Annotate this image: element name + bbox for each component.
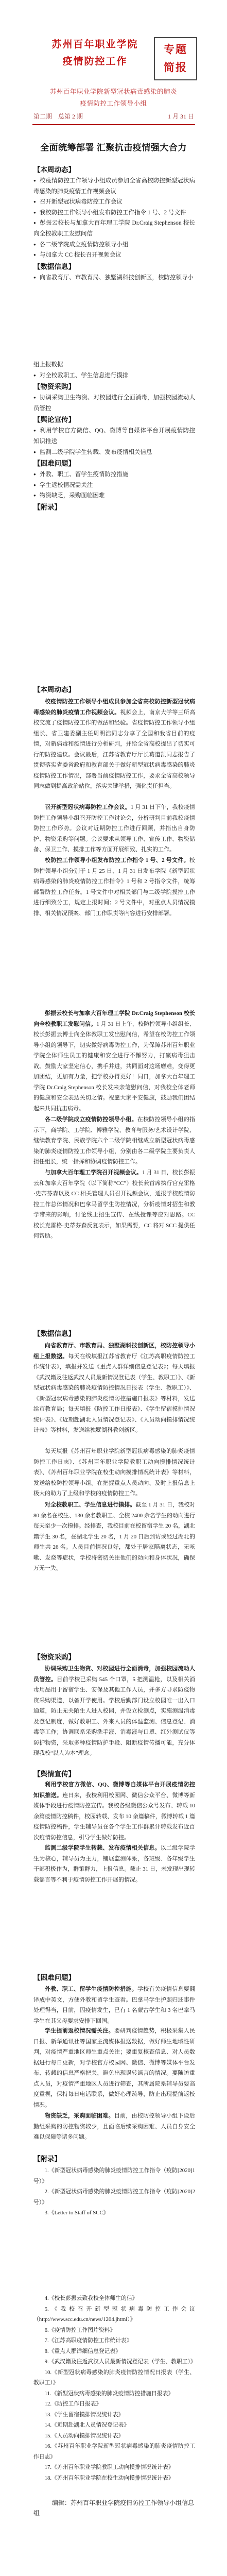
bullet-icon: ● (33, 469, 36, 480)
bullet-icon: ● (33, 250, 36, 261)
summary-bullet: ●外教、职工、留学生疫情防控措施 (33, 469, 195, 480)
bullet-icon: ● (33, 240, 36, 250)
appendix-item: 14.《近期赴湖北人员情况登记表》 (33, 2420, 195, 2431)
section-header-dynamics: 【本周动态】 (33, 164, 195, 175)
paragraph-secondary-colleges: 各二级学院成立疫情防控领导小组。在校防控领导小组的指示下，商学院、工学院、博雅学… (33, 1114, 195, 1167)
appendix-item: 10.《新型冠状病毒感染的肺炎疫情防控情况日报表（学生、教职工）》 (33, 2367, 195, 2388)
summary-bullet: ●协调采购卫生物资、对校园进行全面消毒，加强校园流动人员管控 (33, 393, 195, 414)
appendix-item: 12.《防控工作日报表》 (33, 2399, 195, 2410)
paragraph-directives: 校防控工作领导小组发布防控工作指令 1 号、2 号文件。校防控领导小组分别于 1… (33, 855, 195, 919)
summary-bullet: ●与加拿大 CC 校长召开视频会议 (33, 250, 195, 261)
summary-bullet: ●校疫情防控工作领导小组成员参加全省高校防控新型冠状病毒感染的肺炎疫情工作视频会… (33, 176, 195, 197)
summary-bullet: ●召开新型冠状病毒防控工作会议 (33, 197, 195, 208)
detail-header-data: 【数据信息】 (33, 1328, 75, 1339)
appendix-item: 1.《新型冠状病毒感染的肺炎疫情防控工作指令（疫防[2020]1 号）》 (33, 2165, 195, 2187)
bullet-icon: ● (33, 273, 36, 283)
issue-date: 1 月 31 日 (168, 112, 194, 121)
appendix-item: 7.《江苏高职疫情防控工作统计表》 (33, 2335, 195, 2346)
appendix-item: 5.《我校召开新型冠状病毒防控工作会议（http://www.scc.edu.c… (33, 2304, 195, 2325)
appendix-item: 13.《学生留宿摸排情况统计表》 (33, 2410, 195, 2420)
masthead-subtitle: 苏州百年职业学院新型冠状病毒感染的肺炎 疫情防控工作领导小组 (0, 86, 227, 110)
appendix-item: 6.《疫情防控工作图片资料》 (33, 2325, 195, 2336)
paragraph-daily-forms: 每天填报《苏州百年职业学院新型冠状病毒感染的肺炎疫情防控工作日志》、《苏州百年职… (33, 1446, 195, 1499)
appendix-item: 16.《苏州百年职业学院新型冠状病毒感染的肺炎疫情防控工作日志》 (33, 2441, 195, 2462)
paragraph-foreign-staff: 外教、职工、留学生疫情防控措施。学校有关疫情信息要翻译成中英文，方便外教和留学生… (33, 1984, 195, 2026)
detail-header-supplies: 【物资采购】 (33, 1652, 75, 1663)
appendix-item: 17.《苏州百年职业学院教职工动向摸排情况统计表》 (33, 2462, 195, 2473)
appendix-item: 9.《武汉籍及往返武汉人员最新情况登记表（学生、教职工）》 (33, 2357, 195, 2367)
detail-header-problems: 【困难问题】 (33, 1972, 75, 1983)
masthead-title-line2: 疫情防控工作 (36, 53, 154, 70)
editor-credit: 编辑：苏州百年职业学院疫情防控工作领导小组信息组 (33, 2498, 195, 2518)
masthead: 苏州百年职业学院 疫情防控工作 专题 简报 苏州百年职业学院新型冠状病毒感染的肺… (0, 36, 227, 125)
summary-bullet: ●监测二级学院学生转载、发布疫情相关信息 (33, 447, 195, 458)
bullet-icon: ● (33, 218, 36, 229)
summary-bullet: ●对全校教职工、学生信息进行摸排 (33, 370, 195, 381)
bullet-icon: ● (33, 480, 36, 491)
section-header-supplies: 【物资采购】 (33, 381, 195, 392)
bullet-icon: ● (33, 393, 36, 403)
section-header-publicity: 【舆论宣传】 (33, 414, 195, 425)
bullet-icon: ● (33, 426, 36, 436)
paragraph-early-return: 学生提前返校情况需关注。要研判疫情趋势，积极采集人民日报、新华通讯社等国家主流媒… (33, 2026, 195, 2110)
bullet-icon: ● (33, 208, 36, 218)
paragraph-control-meeting: 召开新型冠状病毒防控工作会议。1 月 31 日下午，我校疫情防控工作领导小组召开… (33, 802, 195, 855)
appendix-item: 15.《人员动向摸排情况统计表》 (33, 2431, 195, 2442)
masthead-title: 苏州百年职业学院 疫情防控工作 (36, 36, 154, 70)
paragraph-monitoring: 监测二级学院学生转载、发布疫情相关信息。以二级学院学生为核心，辅导员为主力，铺展… (33, 1843, 195, 1885)
section-header-problems: 【困难问题】 (33, 458, 195, 469)
detail-header-appendix: 【附录】 (33, 2154, 61, 2164)
appendix-list-part1: 1.《新型冠状病毒感染的肺炎疫情防控工作指令（疫防[2020]1 号）》 2.《… (33, 2165, 195, 2218)
detail-header-dynamics: 【本周动态】 (33, 684, 75, 695)
article-title: 全面统筹部署 汇聚抗击疫情强大合力 (0, 140, 227, 153)
summary-bullet: ●彭振云校长与加拿大百年理工学院 Dr.Craig Stephenson 校长向… (33, 218, 195, 239)
appendix-item: 8.《重点人群详细信息登记表》 (33, 2346, 195, 2357)
issue-row: 第二期 总第 2 期 1 月 31 日 (0, 112, 227, 121)
detail-header-publicity: 【舆情宣传】 (33, 1769, 75, 1780)
paragraph-supply-shortage: 物资缺乏，采购面临困难。目前，由校防控领导小组下设后勤组采购的防控物资较少，且面… (33, 2111, 195, 2143)
summary-continuation: 组上报数据 (33, 360, 195, 370)
appendix-item: 4.《校长彭振云致我校全体师生的信》 (33, 2293, 195, 2304)
section-header-appendix: 【附录】 (33, 502, 195, 513)
bullet-icon: ● (33, 447, 36, 458)
bulletin-page: 苏州百年职业学院 疫情防控工作 专题 简报 苏州百年职业学院新型冠状病毒感染的肺… (0, 0, 227, 2576)
appendix-item: 2.《新型冠状病毒感染的肺炎疫情防控工作指令（疫防[2020]2 号）》 (33, 2187, 195, 2208)
bullet-icon: ● (33, 370, 36, 381)
section-header-data: 【数据信息】 (33, 261, 195, 272)
summary-part2: 组上报数据 ●对全校教职工、学生信息进行摸排 【物资采购】 ●协调采购卫生物资、… (33, 360, 195, 513)
paragraph-staff-student-screening: 对全校教职工、学生信息进行摸排。截至 1 月 31 日，我校对 80 余名在校生… (33, 1500, 195, 1574)
paragraph-media-push: 利用学校官方微信、QQ、微博等自媒体平台开展疫情防控知识推送。连日来，我校利用校… (33, 1780, 195, 1843)
summary-bullet: ●学生返校情况需关注 (33, 480, 195, 491)
bulletin-type-line2: 简报 (159, 59, 192, 77)
appendix-item: 11.《新型冠状病毒感染的肺炎疫情防控措施日报表》 (33, 2388, 195, 2399)
paragraph-supplies: 协调采购卫生物资、对校园进行全面消毒，加强校园流动人员管控。目前学校已采购 54… (33, 1664, 195, 1759)
paragraph-data-reporting: 向省教育厅、市教育局、独墅湖科技创新区，校防控领导小组上报数据。每天在线填报江苏… (33, 1341, 195, 1436)
masthead-subtitle-line2: 疫情防控工作领导小组 (0, 98, 227, 110)
appendix-item: 3.《Letter to Staff of SCC》 (33, 2208, 195, 2218)
paragraph-cc-video-meeting: 与加拿大百年理工学院召开视频会议。1 月 31 日，校长彭振云和加拿大百年学院（… (33, 1167, 195, 1242)
summary-bullet: ●我校防控工作领导小组发布防控工作指令 1 号、2 号文件 (33, 208, 195, 218)
summary-bullet: ●物资缺乏，采购面临困难 (33, 490, 195, 501)
bulletin-type-box: 专题 简报 (154, 37, 197, 80)
divider-rule (32, 124, 195, 125)
appendix-item: 18.《苏州百年职业学院在校生动向摸排情况统计表》 (33, 2473, 195, 2484)
appendix-list-part2: 4.《校长彭振云致我校全体师生的信》 5.《我校召开新型冠状病毒防控工作会议（h… (33, 2293, 195, 2483)
summary-bullet: ●各二级学院成立疫情防控领导小组 (33, 240, 195, 250)
bulletin-type-line1: 专题 (159, 41, 192, 59)
masthead-title-line1: 苏州百年职业学院 (36, 36, 154, 53)
paragraph-condolence-letters: 彭振云校长与加拿大百年理工学院 Dr.Craig Stephenson 校长向全… (33, 1008, 195, 1114)
masthead-subtitle-line1: 苏州百年职业学院新型冠状病毒感染的肺炎 (0, 86, 227, 98)
paragraph-video-conference: 校疫情防控工作领导小组成员参加全省高校防控新型冠状病毒感染的肺炎疫情工作视频会议… (33, 697, 195, 792)
bullet-icon: ● (33, 176, 36, 187)
summary-bullet: ●向省教育厅、市教育局、独墅湖科技创新区，校防控领导小 (33, 273, 195, 283)
issue-number: 第二期 总第 2 期 (33, 112, 83, 121)
bullet-icon: ● (33, 490, 36, 501)
bullet-icon: ● (33, 197, 36, 208)
summary-bullet: ●利用学校官方微信、QQ、微博等自媒体平台开展疫情防控知识推送 (33, 426, 195, 447)
summary-part1: 【本周动态】 ●校疫情防控工作领导小组成员参加全省高校防控新型冠状病毒感染的肺炎… (33, 164, 195, 283)
